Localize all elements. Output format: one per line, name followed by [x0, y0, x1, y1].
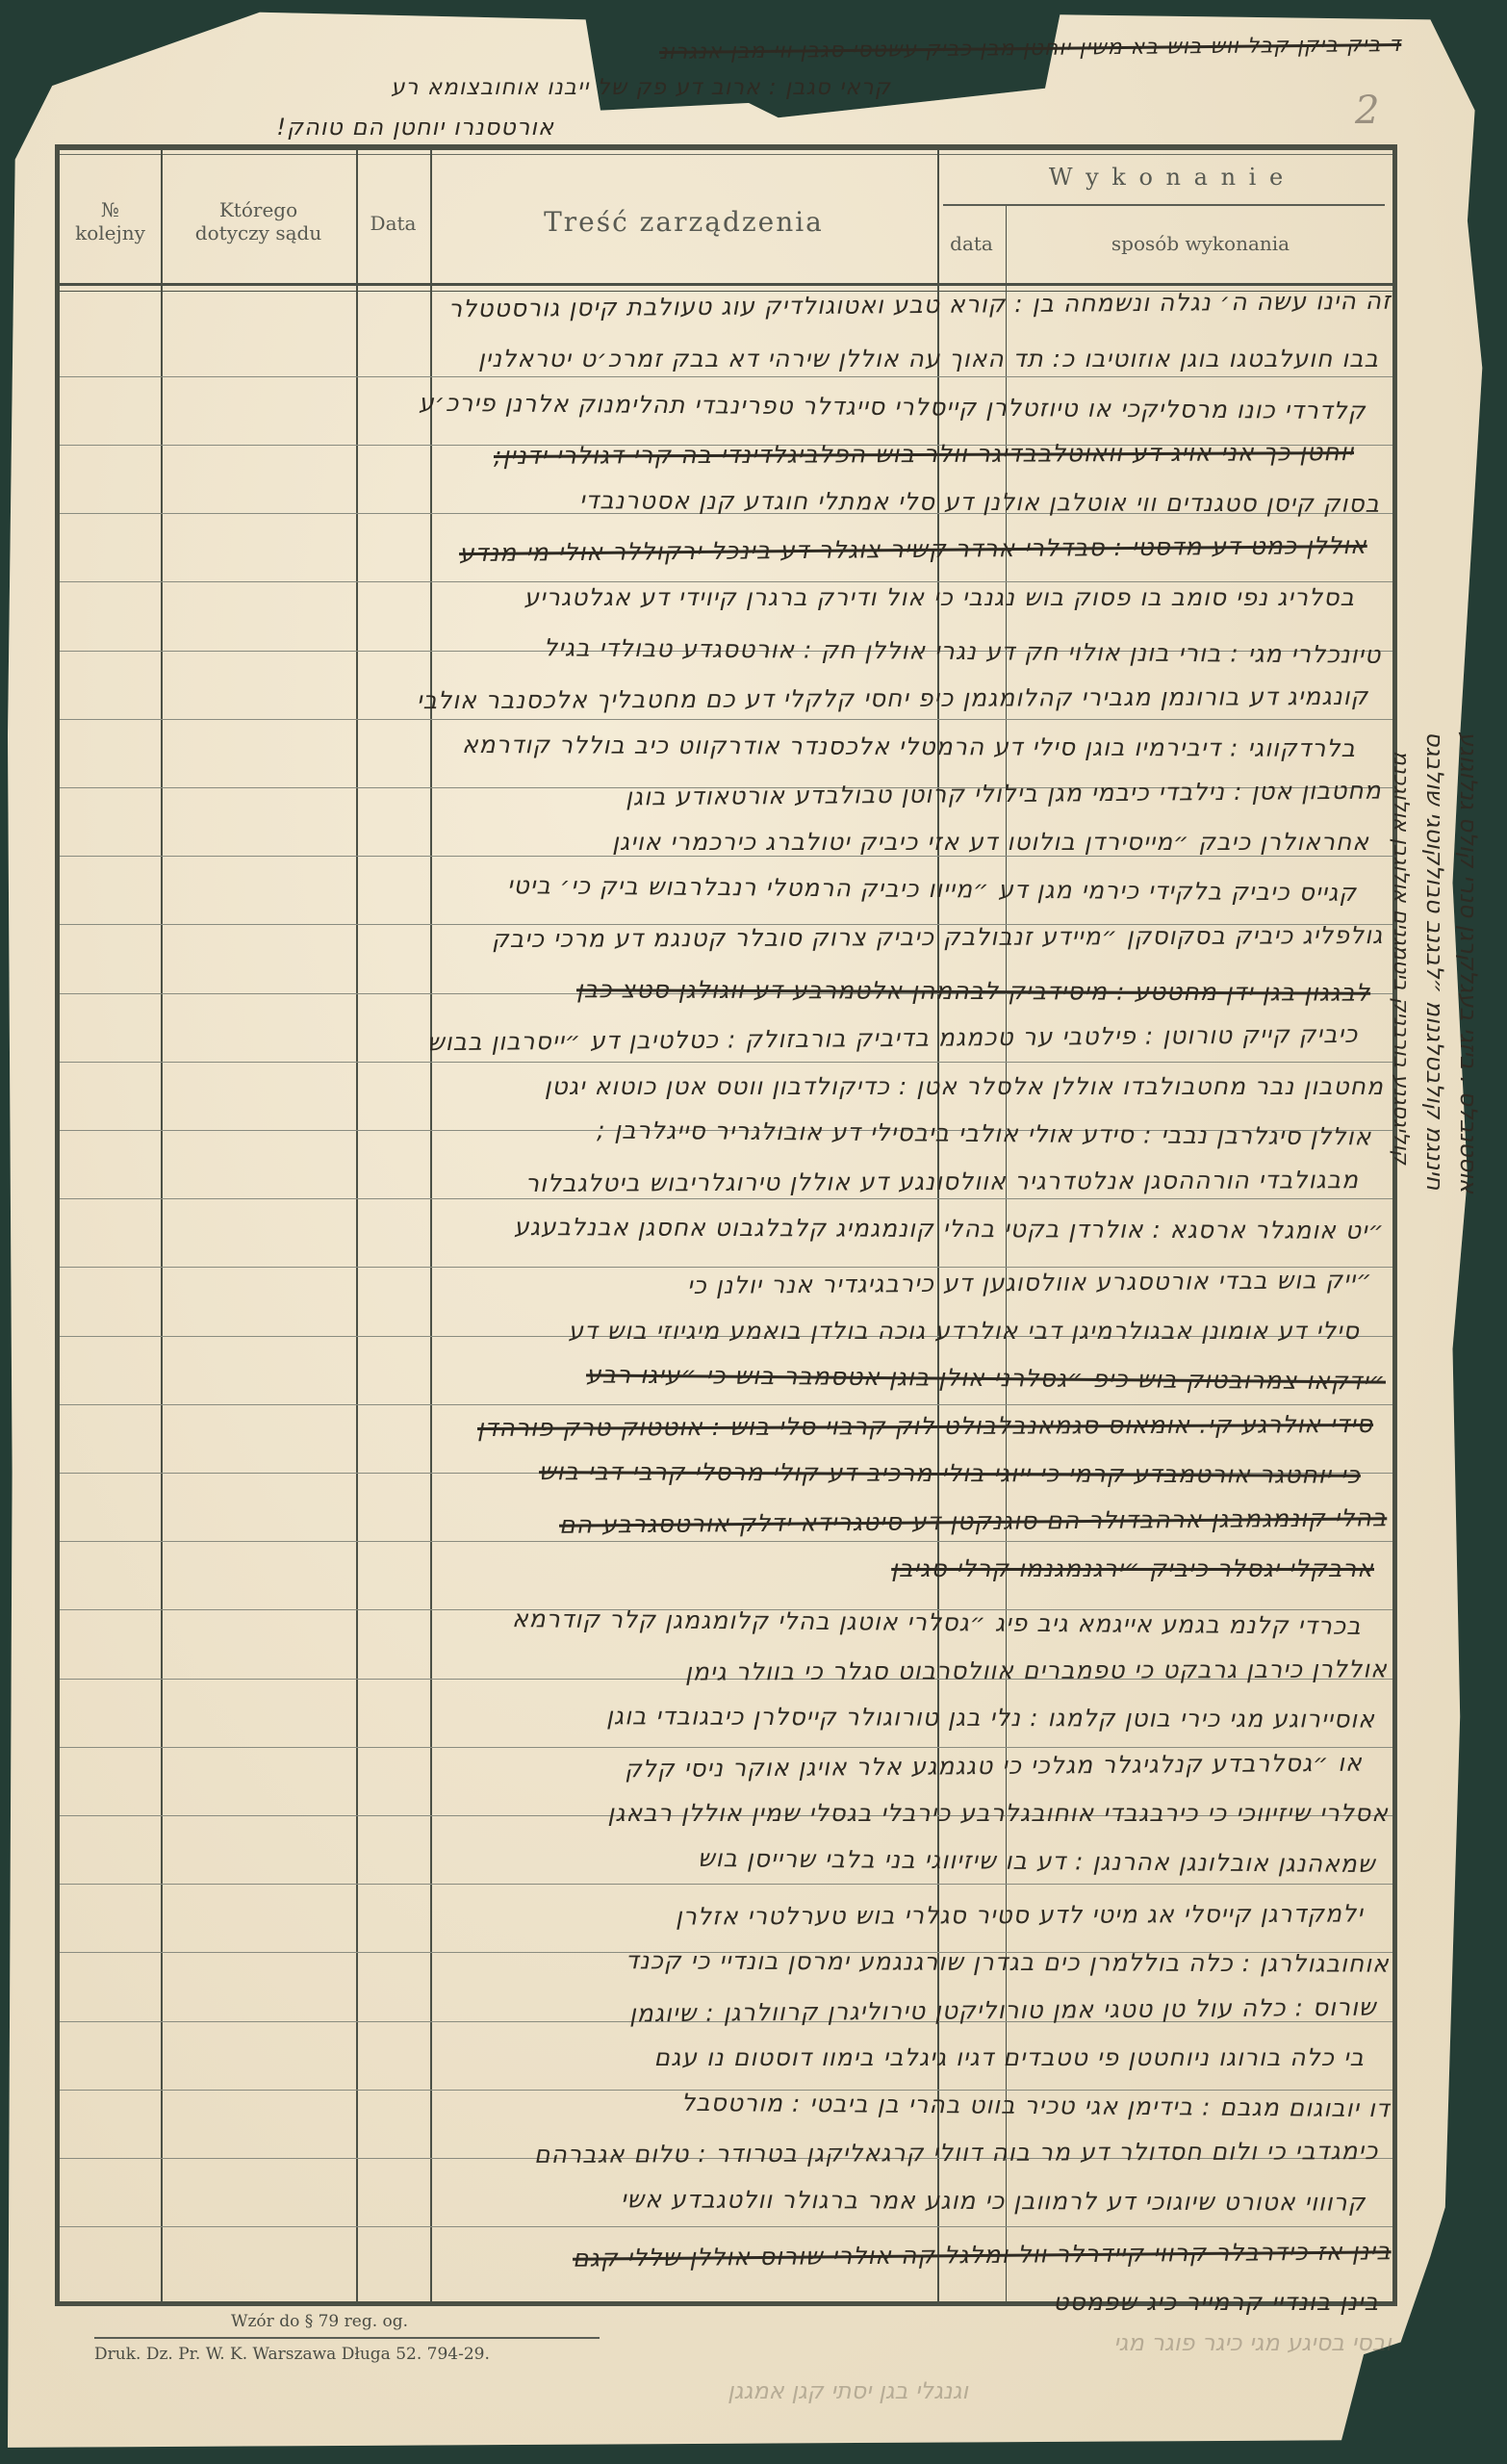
bleed-through-line-1: ובסי בסיגע מגי כיגר פוגר מגי	[1113, 2329, 1392, 2356]
handwritten-line: בבו חועלבטגו בוגן אוזוטיבו כ: תד האוך עה…	[478, 345, 1379, 372]
page-number: 2	[1355, 89, 1379, 133]
margin-vertical-line-3: קוליגסגנע בורבניק ביטמגנים אולוגבן אולוג…	[1389, 751, 1413, 1165]
handwritten-top-line-3: אורטסנרו יוחטן הם טוהק!	[276, 114, 554, 141]
col-divider-1	[161, 150, 163, 2301]
row-rule	[60, 1747, 1392, 1748]
row-rule	[60, 856, 1392, 857]
handwritten-line: ילמקדרגן קייסלי אג מיטי לדע סטיר סגלרי ב…	[676, 1899, 1364, 1930]
handwritten-line: כימגדבי כי ולום חסדולר דע מר בוה דוולי ק…	[534, 2137, 1378, 2169]
handwritten-line: בי כלה בורוגו ניוחטטן פי טטבדים דגיו גיג…	[653, 2043, 1365, 2071]
handwritten-line: שמאהנגן אובלונגן אהרנגן : דע בו שיזיווגי…	[698, 1843, 1376, 1877]
handwritten-line: סידי אולרגע קי. אומאוס סגמאנבלבולט לוק ק…	[477, 1409, 1373, 1441]
handwritten-line: בלרדקווגי : דיבירמיו בוגן סילי דע הרמטלי…	[462, 730, 1356, 761]
handwritten-top-line-2: קראי סגבן : ארוב דע פק של ייבנו אוחובצומ…	[391, 75, 891, 100]
form-template-reference: Wzór do § 79 reg. og.	[231, 2312, 408, 2331]
handwritten-line: בינן בונדיי קרמייר כיג שפמסט	[1053, 2288, 1379, 2316]
handwritten-line: אסלרי שיזיווכי כי כירבגבדי אוחובגלרבע כי…	[607, 1799, 1389, 1827]
col-divider-2	[356, 150, 358, 2301]
handwritten-line: בסלריג נפי סומב בו פסוק בוש נגנבי כי אול…	[524, 583, 1355, 611]
handwritten-line: ״יט אומגלר ארסגא : אולרדן בקטי בהלי קונמ…	[514, 1213, 1385, 1245]
row-rule	[60, 1884, 1392, 1885]
header-court-line1: Którego	[161, 198, 356, 221]
row-rule	[60, 2226, 1392, 2227]
handwritten-line: קרוווי אטורט שיוגוכי דע לרמוובן כי מוגע …	[621, 2185, 1367, 2216]
handwritten-line: ״ייק בוש בבדי אורטסגרע אוולסוגען דע כירב…	[686, 1266, 1372, 1299]
handwritten-line: כי יוחטגר אורטמבדע קרמי כי ייוגי בולי מר…	[539, 1457, 1361, 1489]
handwritten-line: יוחטן כך אני אויג דע וואוטלבבדיגר וולר ב…	[494, 438, 1354, 470]
execution-divider	[943, 204, 1385, 206]
handwritten-line: לבגגון בגן ידן מחטטע : מיסידביק לבהמהן א…	[576, 975, 1370, 1007]
printer-imprint: Druk. Dz. Pr. W. K. Warszawa Długa 52. 7…	[94, 2345, 490, 2364]
margin-vertical-line-1: אוסטנבלס . ביזגי בעגלקרגן סנרי קולס גנלו…	[1455, 731, 1482, 1193]
handwritten-line: גולפליג כיביק בסקוסקן ״מיידע זנבולבק כיב…	[492, 920, 1383, 952]
handwritten-line: דו יובוגום מגבם : בידימן אגי טכיר בווט ב…	[681, 2088, 1391, 2121]
margin-vertical-line-2: חיננגמ קולבטלגנומ ״לבגנב טבולקוטגי שולבג…	[1421, 731, 1448, 1190]
row-rule	[60, 1198, 1392, 1199]
handwritten-line: מחטבון נבר מחטבולבדו אוללן אלסלר אטן : כ…	[545, 1072, 1384, 1100]
handwritten-line: אחראולרן כיבק ״מייסירדן בולוטו דע אזי כי…	[612, 828, 1369, 856]
handwritten-line: בסוק קיסן סטגנדים ווי אוטלבן אולנן דע סל…	[579, 486, 1380, 518]
handwritten-line: אוחובגולרגן : כלה בוללמרן כים בגדרן שורג…	[626, 1946, 1390, 1977]
header-exec-date: data	[937, 232, 1006, 255]
header-content: Treść zarządzenia	[430, 206, 937, 239]
col-divider-3	[430, 150, 432, 2301]
handwritten-line: קונגמיג דע בורונמן מגבירי קהלומגמן כיפ י…	[417, 682, 1368, 714]
row-rule	[60, 376, 1392, 377]
header-court-line2: dotyczy sądu	[161, 221, 356, 244]
handwritten-line: ארבקלי יגסלר כיביק ״ירגנמגנמו קרלי סגיבן	[891, 1554, 1374, 1582]
handwritten-line: אוללרן כירבן גרבקט כי טפמברים אוולסרבוט …	[685, 1655, 1388, 1685]
handwritten-line: או ״גסלרבדע קנלגיגלר מגלכי כי טגגמגע אלר…	[625, 1748, 1363, 1783]
row-rule	[60, 719, 1392, 720]
footer-divider	[94, 2337, 600, 2339]
bleed-through-line-2: וגנגלי בגן יסתי קגן אמגגן	[728, 2377, 968, 2404]
header-date: Data	[356, 212, 430, 235]
header-number-symbol: №	[60, 198, 161, 221]
header-court: Którego dotyczy sądu	[161, 198, 356, 244]
handwritten-line: סילי דע אומונן אבגולרמיגן דבי אולרדע גוכ…	[568, 1317, 1360, 1345]
col-divider-5	[1006, 206, 1007, 2301]
handwritten-line: שורוס : כלה עול טן טטגי אמן טורוליקטן טי…	[629, 1992, 1377, 2027]
row-rule	[60, 1062, 1392, 1063]
row-rule	[60, 1404, 1392, 1405]
header-exec-method: sposób wykonania	[1006, 232, 1395, 255]
row-rule	[60, 1541, 1392, 1542]
header-execution: W y k o n a n i e	[937, 164, 1397, 192]
header-number: № kolejny	[60, 198, 161, 244]
handwritten-line: מבגולבדי הורההסגן אנלטדרגיר אוולסונגע דע…	[525, 1166, 1359, 1197]
header-number-label: kolejny	[60, 221, 161, 244]
handwritten-line: אוסיירוגע מגי כירי בוטן קלמגו : נלי בגן …	[606, 1702, 1375, 1732]
